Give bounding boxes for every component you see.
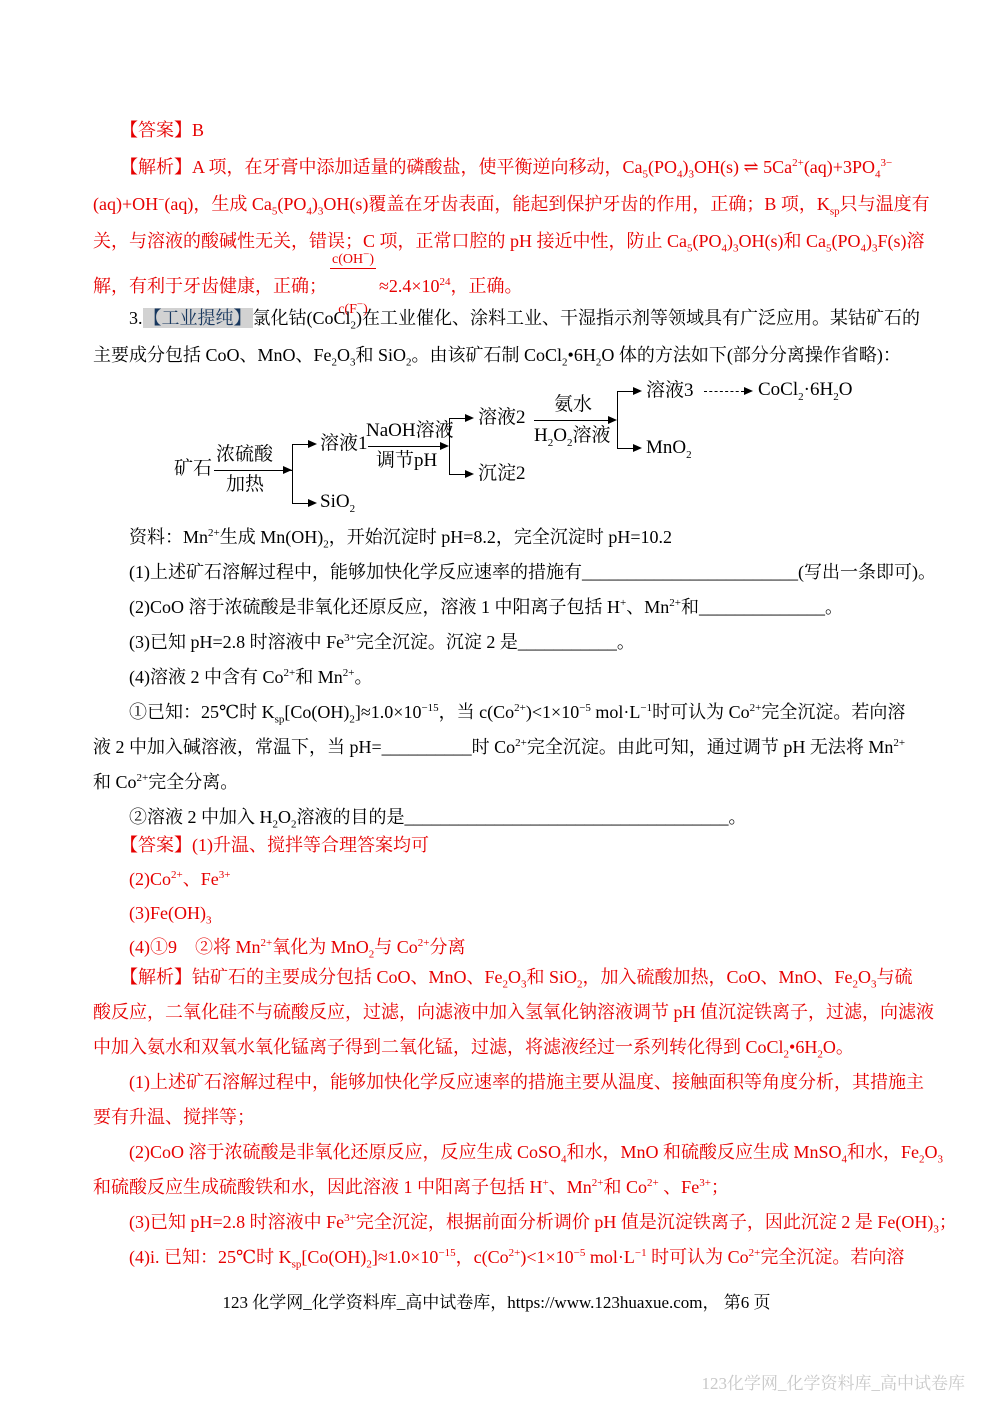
question3-answer: 【答案】(1)升温、搅拌等合理答案均可 (2)Co2+、Fe3+ (3)Fe(O… [93,828,913,964]
flow-label-heating: 加热 [226,474,264,496]
arrowhead-icon [283,466,292,474]
flow-node-solution2: 溶液2 [478,407,526,429]
flow-node-ore: 矿石 [174,458,212,480]
question3-intro-text: 氯化钴(CoCl2)在工业催化、涂料工业、干湿指示剂等领域具有广泛应用。某钴矿石… [253,308,921,328]
arrowhead-icon [633,387,642,395]
question3-items: 资料：Mn2+生成 Mn(OH)2，开始沉淀时 pH=8.2，完全沉淀时 pH=… [93,520,913,835]
flow-label-h2o2-solution: H2O2溶液 [534,425,610,447]
flow-node-precipitate2: 沉淀2 [478,463,526,485]
arrowhead-icon [308,499,317,507]
text-line: (3)已知 pH=2.8 时溶液中 Fe3+完全沉淀，根据前面分析调价 pH 值… [93,1205,913,1240]
dashed-flow-line [704,391,744,392]
text-line: 和硫酸反应生成硫酸铁和水，因此溶液 1 中阳离子包括 H+、Mn2+和 Co2+… [93,1170,913,1205]
analysis-lines: 【答案】B 【解析】A 项，在牙膏中添加适量的磷酸盐，使平衡逆向移动，Ca5(P… [93,112,913,260]
arrowhead-icon [465,414,474,422]
flow-branch-line [617,391,618,449]
flow-branch-line [449,418,450,475]
question-number: 3. [93,308,143,328]
text-line: 【解析】钴矿石的主要成分包括 CoO、MnO、Fe2O3和 SiO2，加入硫酸加… [93,960,913,995]
document-page: 【答案】B 【解析】A 项，在牙膏中添加适量的磷酸盐，使平衡逆向移动，Ca5(P… [0,0,993,1404]
text-line: (aq)+OH−(aq)，生成 Ca5(PO4)3OH(s)覆盖在牙齿表面，能起… [93,186,913,223]
text-line: (4)①9 ②将 Mn2+氧化为 MnO2与 Co2+分离 [93,930,913,964]
flow-line [617,391,633,392]
text-line: 要有升温、搅拌等； [93,1100,913,1135]
flow-node-solution3: 溶液3 [646,380,694,402]
process-flow-diagram: 矿石 浓硫酸 加热 溶液1 SiO2 NaOH溶液 调节pH 溶液2 沉淀2 氨… [170,374,882,524]
text-line: (1)上述矿石溶解过程中，能够加快化学反应速率的措施有_____________… [93,555,913,590]
arrowhead-icon [608,416,617,424]
question3-intro: 3.【工业提纯】氯化钴(CoCl2)在工业催化、涂料工业、干湿指示剂等领域具有广… [93,300,913,374]
fraction-post-text: ≈2.4×1024，正确。 [379,272,523,298]
flow-node-mno2: MnO2 [646,437,692,459]
text-line: 关，与溶液的酸碱性无关，错误；C 项，正常口腔的 pH 接近中性，防止 Ca5(… [93,223,913,260]
flow-line [292,444,308,445]
arrowhead-icon [465,470,474,478]
flow-label-concentrated-sulfuric-acid: 浓硫酸 [216,444,273,466]
flow-line [617,448,633,449]
flow-label-naoh-solution: NaOH溶液 [366,420,454,442]
text-line: (2)CoO 溶于浓硫酸是非氧化还原反应，反应生成 CoSO4和水，MnO 和硫… [93,1135,913,1170]
text-line: (1)上述矿石溶解过程中，能够加快化学反应速率的措施主要从温度、接触面积等角度分… [93,1065,913,1100]
question3-intro-line2: 主要成分包括 CoO、MnO、Fe2O3和 SiO2。由该矿石制 CoCl2•6… [93,337,913,374]
watermark: 123化学网_化学资料库_高中试卷库 [702,1369,966,1394]
question3-analysis: 【解析】钴矿石的主要成分包括 CoO、MnO、Fe2O3和 SiO2，加入硫酸加… [93,960,913,1275]
arrowhead-icon [308,440,317,448]
text-line: 【解析】A 项，在牙膏中添加适量的磷酸盐，使平衡逆向移动，Ca5(PO4)3OH… [93,149,913,186]
text-line: ①已知：25℃时 Ksp[Co(OH)2]≈1.0×10−15，当 c(Co2+… [93,695,913,730]
text-line: (2)Co2+、Fe3+ [93,862,913,896]
text-line: 【答案】B [93,112,913,149]
question-tag-industrial-purification: 【工业提纯】 [143,308,253,328]
fraction-numerator: c(OH−) [330,252,376,269]
text-line: (2)CoO 溶于浓硫酸是非氧化还原反应，溶液 1 中阳离子包括 H+、Mn2+… [93,590,913,625]
fraction-pre-text: 解，有利于牙齿健康，正确； [93,272,327,298]
question2-answer-analysis: 【答案】B 【解析】A 项，在牙膏中添加适量的磷酸盐，使平衡逆向移动，Ca5(P… [93,112,913,310]
text-line: 【答案】(1)升温、搅拌等合理答案均可 [93,828,913,862]
arrowhead-icon [440,442,449,450]
text-line: 酸反应，二氧化硅不与硫酸反应，过滤，向滤液中加入氢氧化钠溶液调节 pH 值沉淀铁… [93,995,913,1030]
text-line: 中加入氨水和双氧水氧化锰离子得到二氧化锰，过滤，将滤液经过一系列转化得到 CoC… [93,1030,913,1065]
flow-node-sio2: SiO2 [320,491,355,513]
flow-line [534,420,608,421]
flow-line [449,474,465,475]
flow-line [292,503,308,504]
flow-line [214,470,292,471]
flow-node-solution1: 溶液1 [320,433,368,455]
text-line: 液 2 中加入碱溶液，常温下，当 pH=__________时 Co2+完全沉淀… [93,730,913,765]
text-line: (3)已知 pH=2.8 时溶液中 Fe3+完全沉淀。沉淀 2 是_______… [93,625,913,660]
page-footer: 123 化学网_化学资料库_高中试卷库，https://www.123huaxu… [0,1288,993,1313]
flow-line [449,418,465,419]
flow-label-ammonia: 氨水 [554,394,592,416]
arrowhead-icon [633,444,642,452]
question3-heading: 3.【工业提纯】氯化钴(CoCl2)在工业催化、涂料工业、干湿指示剂等领域具有广… [93,300,913,337]
text-line: (4)i. 已知：25℃时 Ksp[Co(OH)2]≈1.0×10−15，c(C… [93,1240,913,1275]
flow-branch-line [292,444,293,504]
text-line: (3)Fe(OH)3 [93,896,913,930]
arrowhead-icon [744,387,753,395]
flow-node-product-cocl2-6h2o: CoCl2·6H2O [758,379,852,401]
text-line: 资料：Mn2+生成 Mn(OH)2，开始沉淀时 pH=8.2，完全沉淀时 pH=… [93,520,913,555]
text-line: 和 Co2+完全分离。 [93,765,913,800]
flow-label-adjust-ph: 调节pH [376,450,437,472]
flow-line [368,446,440,447]
text-line: (4)溶液 2 中含有 Co2+和 Mn2+。 [93,660,913,695]
